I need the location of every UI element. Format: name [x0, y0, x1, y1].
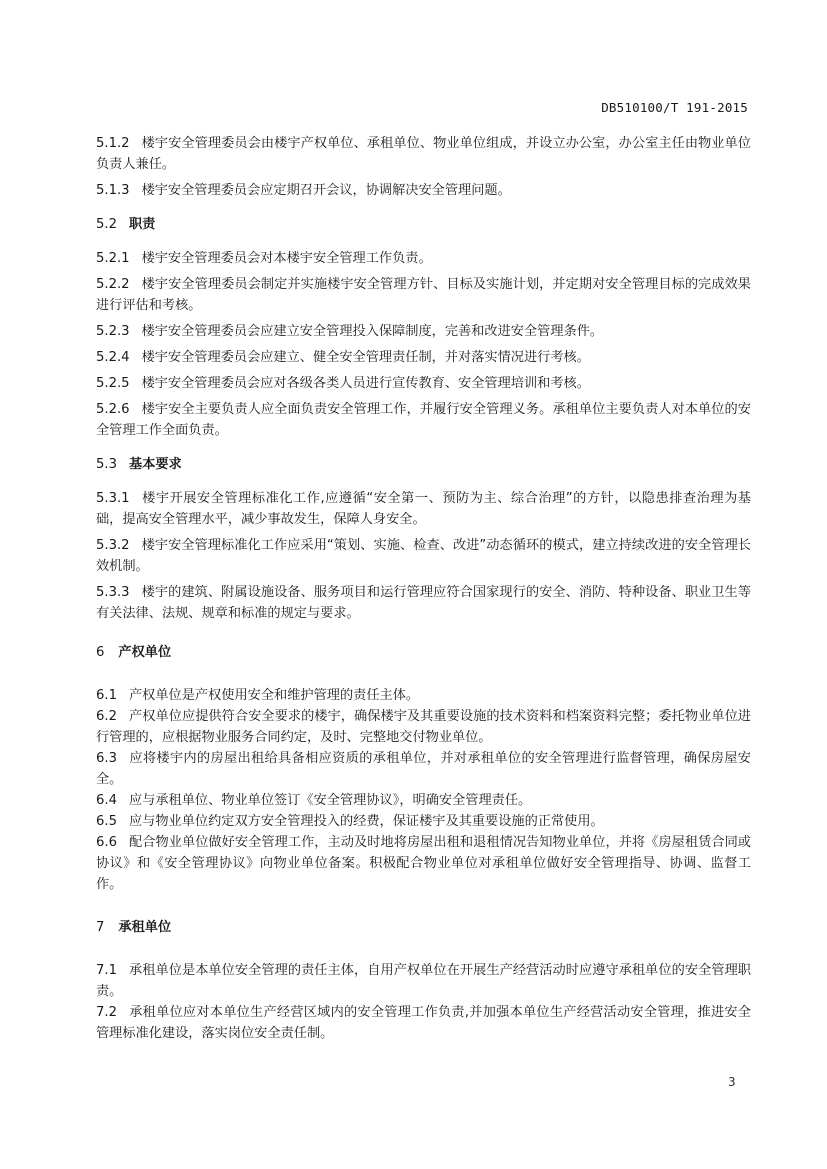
clause-text: 配合物业单位做好安全管理工作，主动及时地将房屋出租和退租情况告知物业单位，并将《… [96, 835, 751, 892]
clause-text: 产权单位是产权使用安全和维护管理的责任主体。 [129, 688, 419, 703]
clause-6-5: 6.5应与物业单位约定双方安全管理投入的经费，保证楼宇及其重要设施的正常使用。 [96, 811, 751, 832]
clause-text: 承租单位是本单位安全管理的责任主体，自用产权单位在开展生产经营活动时应遵守承租单… [96, 963, 751, 999]
clause-text: 楼宇安全管理委员会应对各级各类人员进行宣传教育、安全管理培训和考核。 [142, 376, 590, 391]
clause-number: 5.3.2 [96, 538, 130, 553]
clause-number: 5.2.4 [96, 350, 130, 365]
clause-7-1: 7.1承租单位是本单位安全管理的责任主体，自用产权单位在开展生产经营活动时应遵守… [96, 960, 751, 1002]
heading-number: 5.3 [96, 457, 117, 472]
page-number: 3 [728, 1075, 736, 1089]
clause-number: 5.3.1 [96, 491, 130, 506]
clause-text: 楼宇安全管理标准化工作应采用“策划、实施、检查、改进”动态循环的模式，建立持续改… [96, 538, 751, 574]
clause-6-6: 6.6配合物业单位做好安全管理工作，主动及时地将房屋出租和退租情况告知物业单位，… [96, 832, 751, 895]
heading-text: 产权单位 [118, 645, 171, 660]
clause-6-2: 6.2产权单位应提供符合安全要求的楼宇，确保楼宇及其重要设施的技术资料和档案资料… [96, 706, 751, 748]
heading-number: 7 [96, 920, 104, 935]
clause-number: 5.1.3 [96, 183, 130, 198]
clause-number: 5.2.2 [96, 277, 130, 292]
clause-number: 6.4 [96, 793, 117, 808]
clause-text: 楼宇安全主要负责人应全面负责安全管理工作，并履行安全管理义务。承租单位主要负责人… [96, 402, 751, 438]
clause-6-3: 6.3应将楼宇内的房屋出租给具备相应资质的承租单位，并对承租单位的安全管理进行监… [96, 748, 751, 790]
clause-number: 6.5 [96, 814, 117, 829]
clause-number: 6.1 [96, 688, 117, 703]
clause-5-3-3: 5.3.3楼宇的建筑、附属设施设备、服务项目和运行管理应符合国家现行的安全、消防… [96, 582, 751, 624]
document-body: 5.1.2楼宇安全管理委员会由楼宇产权单位、承租单位、物业单位组成，并设立办公室… [96, 133, 751, 1044]
clause-5-2-4: 5.2.4楼宇安全管理委员会应建立、健全安全管理责任制，并对落实情况进行考核。 [96, 347, 751, 368]
clause-number: 7.2 [96, 1005, 117, 1020]
clause-text: 楼宇安全管理委员会对本楼宇安全管理工作负责。 [142, 251, 432, 266]
clause-text: 楼宇开展安全管理标准化工作,应遵循“安全第一、预防为主、综合治理”的方针，以隐患… [96, 491, 751, 527]
subsection-heading-5-3: 5.3基本要求 [96, 454, 751, 475]
clause-text: 楼宇安全管理委员会由楼宇产权单位、承租单位、物业单位组成，并设立办公室，办公室主… [96, 136, 751, 172]
clause-number: 5.1.2 [96, 136, 130, 151]
clause-number: 6.2 [96, 709, 117, 724]
clause-5-1-2: 5.1.2楼宇安全管理委员会由楼宇产权单位、承租单位、物业单位组成，并设立办公室… [96, 133, 751, 175]
clause-text: 楼宇安全管理委员会制定并实施楼宇安全管理方针、目标及实施计划，并定期对安全管理目… [96, 277, 751, 313]
clause-text: 楼宇安全管理委员会应建立安全管理投入保障制度，完善和改进安全管理条件。 [142, 324, 604, 339]
clause-5-2-1: 5.2.1楼宇安全管理委员会对本楼宇安全管理工作负责。 [96, 248, 751, 269]
clause-7-2: 7.2承租单位应对本单位生产经营区域内的安全管理工作负责,并加强本单位生产经营活… [96, 1002, 751, 1044]
clause-number: 5.2.3 [96, 324, 130, 339]
clause-number: 7.1 [96, 963, 117, 978]
clause-text: 应将楼宇内的房屋出租给具备相应资质的承租单位，并对承租单位的安全管理进行监督管理… [96, 751, 751, 787]
clause-text: 楼宇安全管理委员会应定期召开会议，协调解决安全管理问题。 [142, 183, 511, 198]
clause-number: 6.3 [96, 751, 117, 766]
clause-5-3-1: 5.3.1楼宇开展安全管理标准化工作,应遵循“安全第一、预防为主、综合治理”的方… [96, 488, 751, 530]
clause-text: 应与物业单位约定双方安全管理投入的经费，保证楼宇及其重要设施的正常使用。 [129, 814, 604, 829]
clause-5-2-2: 5.2.2楼宇安全管理委员会制定并实施楼宇安全管理方针、目标及实施计划，并定期对… [96, 274, 751, 316]
clause-5-2-6: 5.2.6楼宇安全主要负责人应全面负责安全管理工作，并履行安全管理义务。承租单位… [96, 399, 751, 441]
clause-5-2-3: 5.2.3楼宇安全管理委员会应建立安全管理投入保障制度，完善和改进安全管理条件。 [96, 321, 751, 342]
clause-text: 产权单位应提供符合安全要求的楼宇，确保楼宇及其重要设施的技术资料和档案资料完整；… [96, 709, 751, 745]
document-code: DB510100/T 191-2015 [601, 100, 748, 115]
clause-5-2-5: 5.2.5楼宇安全管理委员会应对各级各类人员进行宣传教育、安全管理培训和考核。 [96, 373, 751, 394]
clause-5-3-2: 5.3.2楼宇安全管理标准化工作应采用“策划、实施、检查、改进”动态循环的模式，… [96, 535, 751, 577]
clause-number: 5.3.3 [96, 585, 130, 600]
heading-text: 基本要求 [129, 457, 182, 472]
clause-text: 承租单位应对本单位生产经营区域内的安全管理工作负责,并加强本单位生产经营活动安全… [96, 1005, 751, 1041]
clause-text: 应与承租单位、物业单位签订《安全管理协议》，明确安全管理责任。 [129, 793, 531, 808]
heading-number: 5.2 [96, 217, 117, 232]
clause-number: 5.2.6 [96, 402, 130, 417]
section-heading-6: 6产权单位 [96, 642, 751, 663]
clause-5-1-3: 5.1.3楼宇安全管理委员会应定期召开会议，协调解决安全管理问题。 [96, 180, 751, 201]
heading-number: 6 [96, 645, 104, 660]
clause-number: 5.2.5 [96, 376, 130, 391]
clause-number: 6.6 [96, 835, 117, 850]
section-heading-7: 7承租单位 [96, 917, 751, 938]
clause-text: 楼宇安全管理委员会应建立、健全安全管理责任制，并对落实情况进行考核。 [142, 350, 590, 365]
clause-6-1: 6.1产权单位是产权使用安全和维护管理的责任主体。 [96, 685, 751, 706]
clause-6-4: 6.4应与承租单位、物业单位签订《安全管理协议》，明确安全管理责任。 [96, 790, 751, 811]
heading-text: 承租单位 [118, 920, 171, 935]
subsection-heading-5-2: 5.2职责 [96, 214, 751, 235]
heading-text: 职责 [129, 217, 155, 232]
clause-number: 5.2.1 [96, 251, 130, 266]
clause-text: 楼宇的建筑、附属设施设备、服务项目和运行管理应符合国家现行的安全、消防、特种设备… [96, 585, 751, 621]
